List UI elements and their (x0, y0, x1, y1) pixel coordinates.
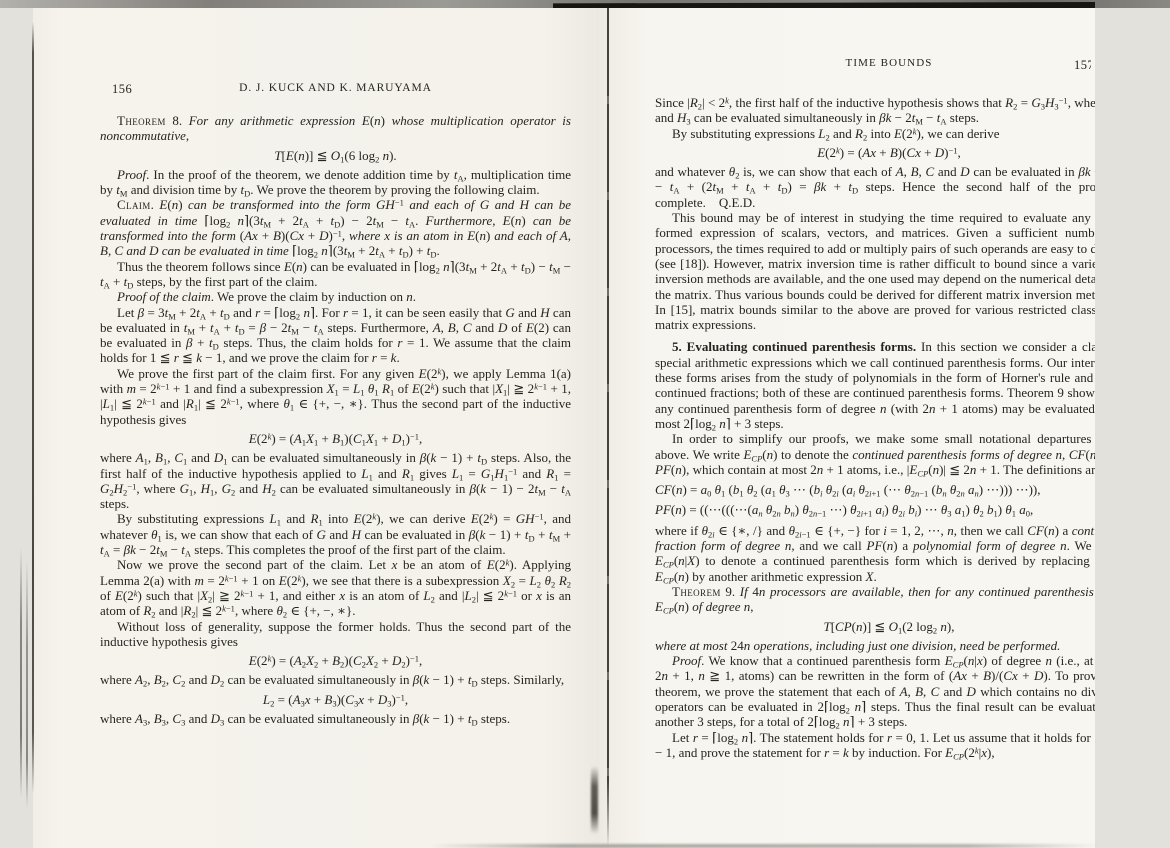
paragraph: where A1, B1, C1 and D1 can be evaluated… (100, 450, 571, 511)
equation: CF(n) = a0 θ1 (b1 θ2 (a1 θ3 ⋯ (bi θ2i (a… (655, 482, 1095, 497)
paragraph: where at most 24n operations, including … (655, 638, 1095, 653)
right-page-text: Since |R2| < 2k, the first half of the i… (655, 95, 1095, 760)
left-page-header: 156 D. J. KUCK AND K. MARUYAMA (100, 82, 571, 98)
page-number-left: 156 (112, 82, 132, 97)
equation: E(2k) = (A1X1 + B1)(C1X1 + D1)−1, (100, 431, 571, 446)
paragraph: Proof of the claim. We prove the claim b… (100, 289, 571, 304)
equation: PF(n) = ((⋯(((⋯(an θ2n bn) θ2n−1 ⋯) θ2i+… (655, 502, 1095, 517)
paragraph: and whatever θ2 is, we can show that eac… (655, 164, 1095, 210)
binding-edge-line (20, 548, 22, 798)
paragraph: Proof. We know that a continued parenthe… (655, 653, 1095, 729)
paragraph: Let r = ⌈log2 n⌉. The statement holds fo… (655, 730, 1095, 761)
right-page-header: TIME BOUNDS 157 (655, 57, 1095, 71)
equation: L2 = (A3x + B3)(C3x + D3)−1, (100, 692, 571, 707)
book-spread: 156 D. J. KUCK AND K. MARUYAMA Theorem 8… (33, 8, 1095, 848)
paragraph: Proof. In the proof of the theorem, we d… (100, 167, 571, 198)
paragraph: where if θ2i ∈ {∗, /} and θ2i−1 ∈ {+, −}… (655, 523, 1095, 584)
running-head-right: TIME BOUNDS (655, 57, 1095, 69)
left-page-text: Theorem 8. For any arithmetic expression… (100, 113, 571, 726)
paragraph: Let β = 3tM + 2tA + tD and r = ⌈log2 n⌉.… (100, 305, 571, 366)
left-page: 156 D. J. KUCK AND K. MARUYAMA Theorem 8… (100, 82, 571, 726)
right-page: TIME BOUNDS 157 Since |R2| < 2k, the fir… (655, 57, 1095, 760)
paragraph: Theorem 8. For any arithmetic expression… (100, 113, 571, 144)
equation: E(2k) = (A2X2 + B2)(C2X2 + D2)−1, (100, 653, 571, 668)
running-head-left: D. J. KUCK AND K. MARUYAMA (100, 82, 571, 94)
paragraph: where A3, B3, C3 and D3 can be evaluated… (100, 711, 571, 726)
paragraph: By substituting expressions L2 and R2 in… (655, 126, 1095, 141)
scan-bottom-edge (430, 844, 1100, 848)
paragraph: Without loss of generality, suppose the … (100, 619, 571, 650)
paragraph: Theorem 9. If 4n processors are availabl… (655, 584, 1095, 615)
paragraph: We prove the first part of the claim fir… (100, 366, 571, 427)
paragraph: Thus the theorem follows since E(n) can … (100, 259, 571, 290)
paragraph: Now we prove the second part of the clai… (100, 557, 571, 618)
binding-edge-line (26, 560, 28, 808)
equation: E(2k) = (Ax + B)(Cx + D)−1, (655, 145, 1095, 160)
paragraph: Claim. E(n) can be transformed into the … (100, 197, 571, 258)
paragraph: 5. Evaluating continued parenthesis form… (655, 339, 1095, 431)
page-gutter-line (607, 8, 609, 848)
equation: T[CP(n)] ≦ O1(2 log2 n), (655, 619, 1095, 634)
page-number-right: 157 (1074, 58, 1091, 73)
equation: T[E(n)] ≦ O1(6 log2 n). (100, 148, 571, 163)
binding-edge-line (32, 22, 34, 794)
paragraph: where A2, B2, C2 and D2 can be evaluated… (100, 672, 571, 687)
paragraph: By substituting expressions L1 and R1 in… (100, 511, 571, 557)
scan-smudge (591, 766, 598, 834)
scan-background: 156 D. J. KUCK AND K. MARUYAMA Theorem 8… (0, 0, 1170, 848)
paragraph: Since |R2| < 2k, the first half of the i… (655, 95, 1095, 126)
paragraph: In order to simplify our proofs, we make… (655, 431, 1095, 477)
paragraph: This bound may be of interest in studyin… (655, 210, 1095, 332)
